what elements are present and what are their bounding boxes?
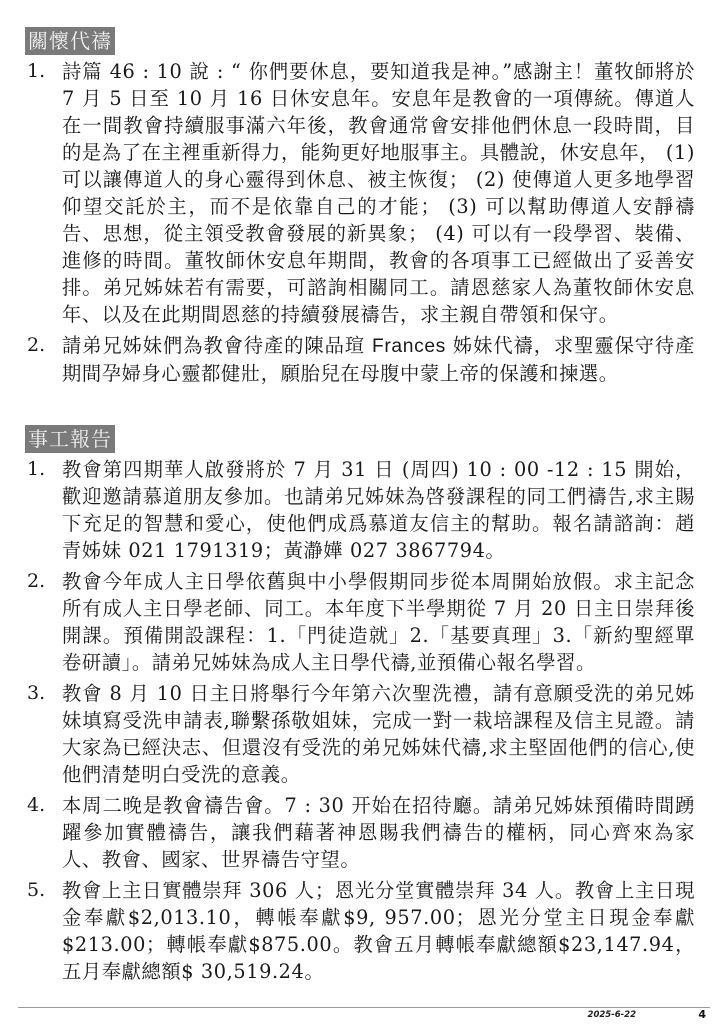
item-text: 本周二晚是教會禱告會。7 : 30 开始在招待廳。請弟兄姊妹預備時間踴躍參加實體… xyxy=(62,792,695,873)
item-number: 3. xyxy=(27,680,45,707)
list-item: 1. 詩篇 46 : 10 說 : “ 你們要休息，要知道我是神。”感謝主！董牧… xyxy=(0,58,724,328)
item-text: 教會 8 月 10 日主日將舉行今年第六次聖洗禮，請有意願受洗的弟兄姊妹填寫受洗… xyxy=(62,680,695,788)
item-number: 2. xyxy=(27,568,45,595)
item-text-latin-name: Frances xyxy=(372,336,446,357)
list-item: 2. 教會今年成人主日學依舊與中小學假期同步從本周開始放假。求主記念所有成人主日… xyxy=(0,568,724,676)
item-text: 教會第四期華人啟發將於 7 月 31 日 (周四) 10 : 00 -12 : … xyxy=(62,456,695,564)
item-text: 請弟兄姊妹們為教會待產的陳品瑄 Frances 姊妹代禱，求聖靈保守待產期間孕婦… xyxy=(62,332,695,387)
list-item: 2. 請弟兄姊妹們為教會待產的陳品瑄 Frances 姊妹代禱，求聖靈保守待產期… xyxy=(0,332,724,387)
item-number: 2. xyxy=(27,332,45,359)
page-number: 4 xyxy=(698,1008,706,1021)
item-text-part: 請弟兄姊妹們為教會待產的陳品瑄 xyxy=(62,334,372,357)
item-number: 5. xyxy=(27,877,45,904)
ministry-report-list: 1. 教會第四期華人啟發將於 7 月 31 日 (周四) 10 : 00 -12… xyxy=(0,456,724,985)
footer-divider xyxy=(18,1007,710,1008)
list-item: 5. 教會上主日實體崇拜 306 人；恩光分堂實體崇拜 34 人。教會上主日現金… xyxy=(0,877,724,985)
item-number: 1. xyxy=(27,456,45,483)
section-header-ministry-report: 事工報告 xyxy=(25,425,115,453)
list-item: 3. 教會 8 月 10 日主日將舉行今年第六次聖洗禮，請有意願受洗的弟兄姊妹填… xyxy=(0,680,724,788)
item-number: 1. xyxy=(27,58,45,85)
item-text: 教會今年成人主日學依舊與中小學假期同步從本周開始放假。求主記念所有成人主日學老師… xyxy=(62,568,695,676)
footer-date: 2025-6-22 xyxy=(588,1010,636,1020)
list-item: 4. 本周二晚是教會禱告會。7 : 30 开始在招待廳。請弟兄姊妹預備時間踴躍參… xyxy=(0,792,724,873)
prayer-list: 1. 詩篇 46 : 10 說 : “ 你們要休息，要知道我是神。”感謝主！董牧… xyxy=(0,58,724,387)
bulletin-page: 關懷代禱 1. 詩篇 46 : 10 說 : “ 你們要休息，要知道我是神。”感… xyxy=(0,0,724,1024)
list-item: 1. 教會第四期華人啟發將於 7 月 31 日 (周四) 10 : 00 -12… xyxy=(0,456,724,564)
section-header-prayer: 關懷代禱 xyxy=(25,27,115,55)
item-text: 教會上主日實體崇拜 306 人；恩光分堂實體崇拜 34 人。教會上主日現金奉獻$… xyxy=(62,877,695,985)
item-number: 4. xyxy=(27,792,45,819)
item-text: 詩篇 46 : 10 說 : “ 你們要休息，要知道我是神。”感謝主！董牧師將於… xyxy=(62,58,695,328)
